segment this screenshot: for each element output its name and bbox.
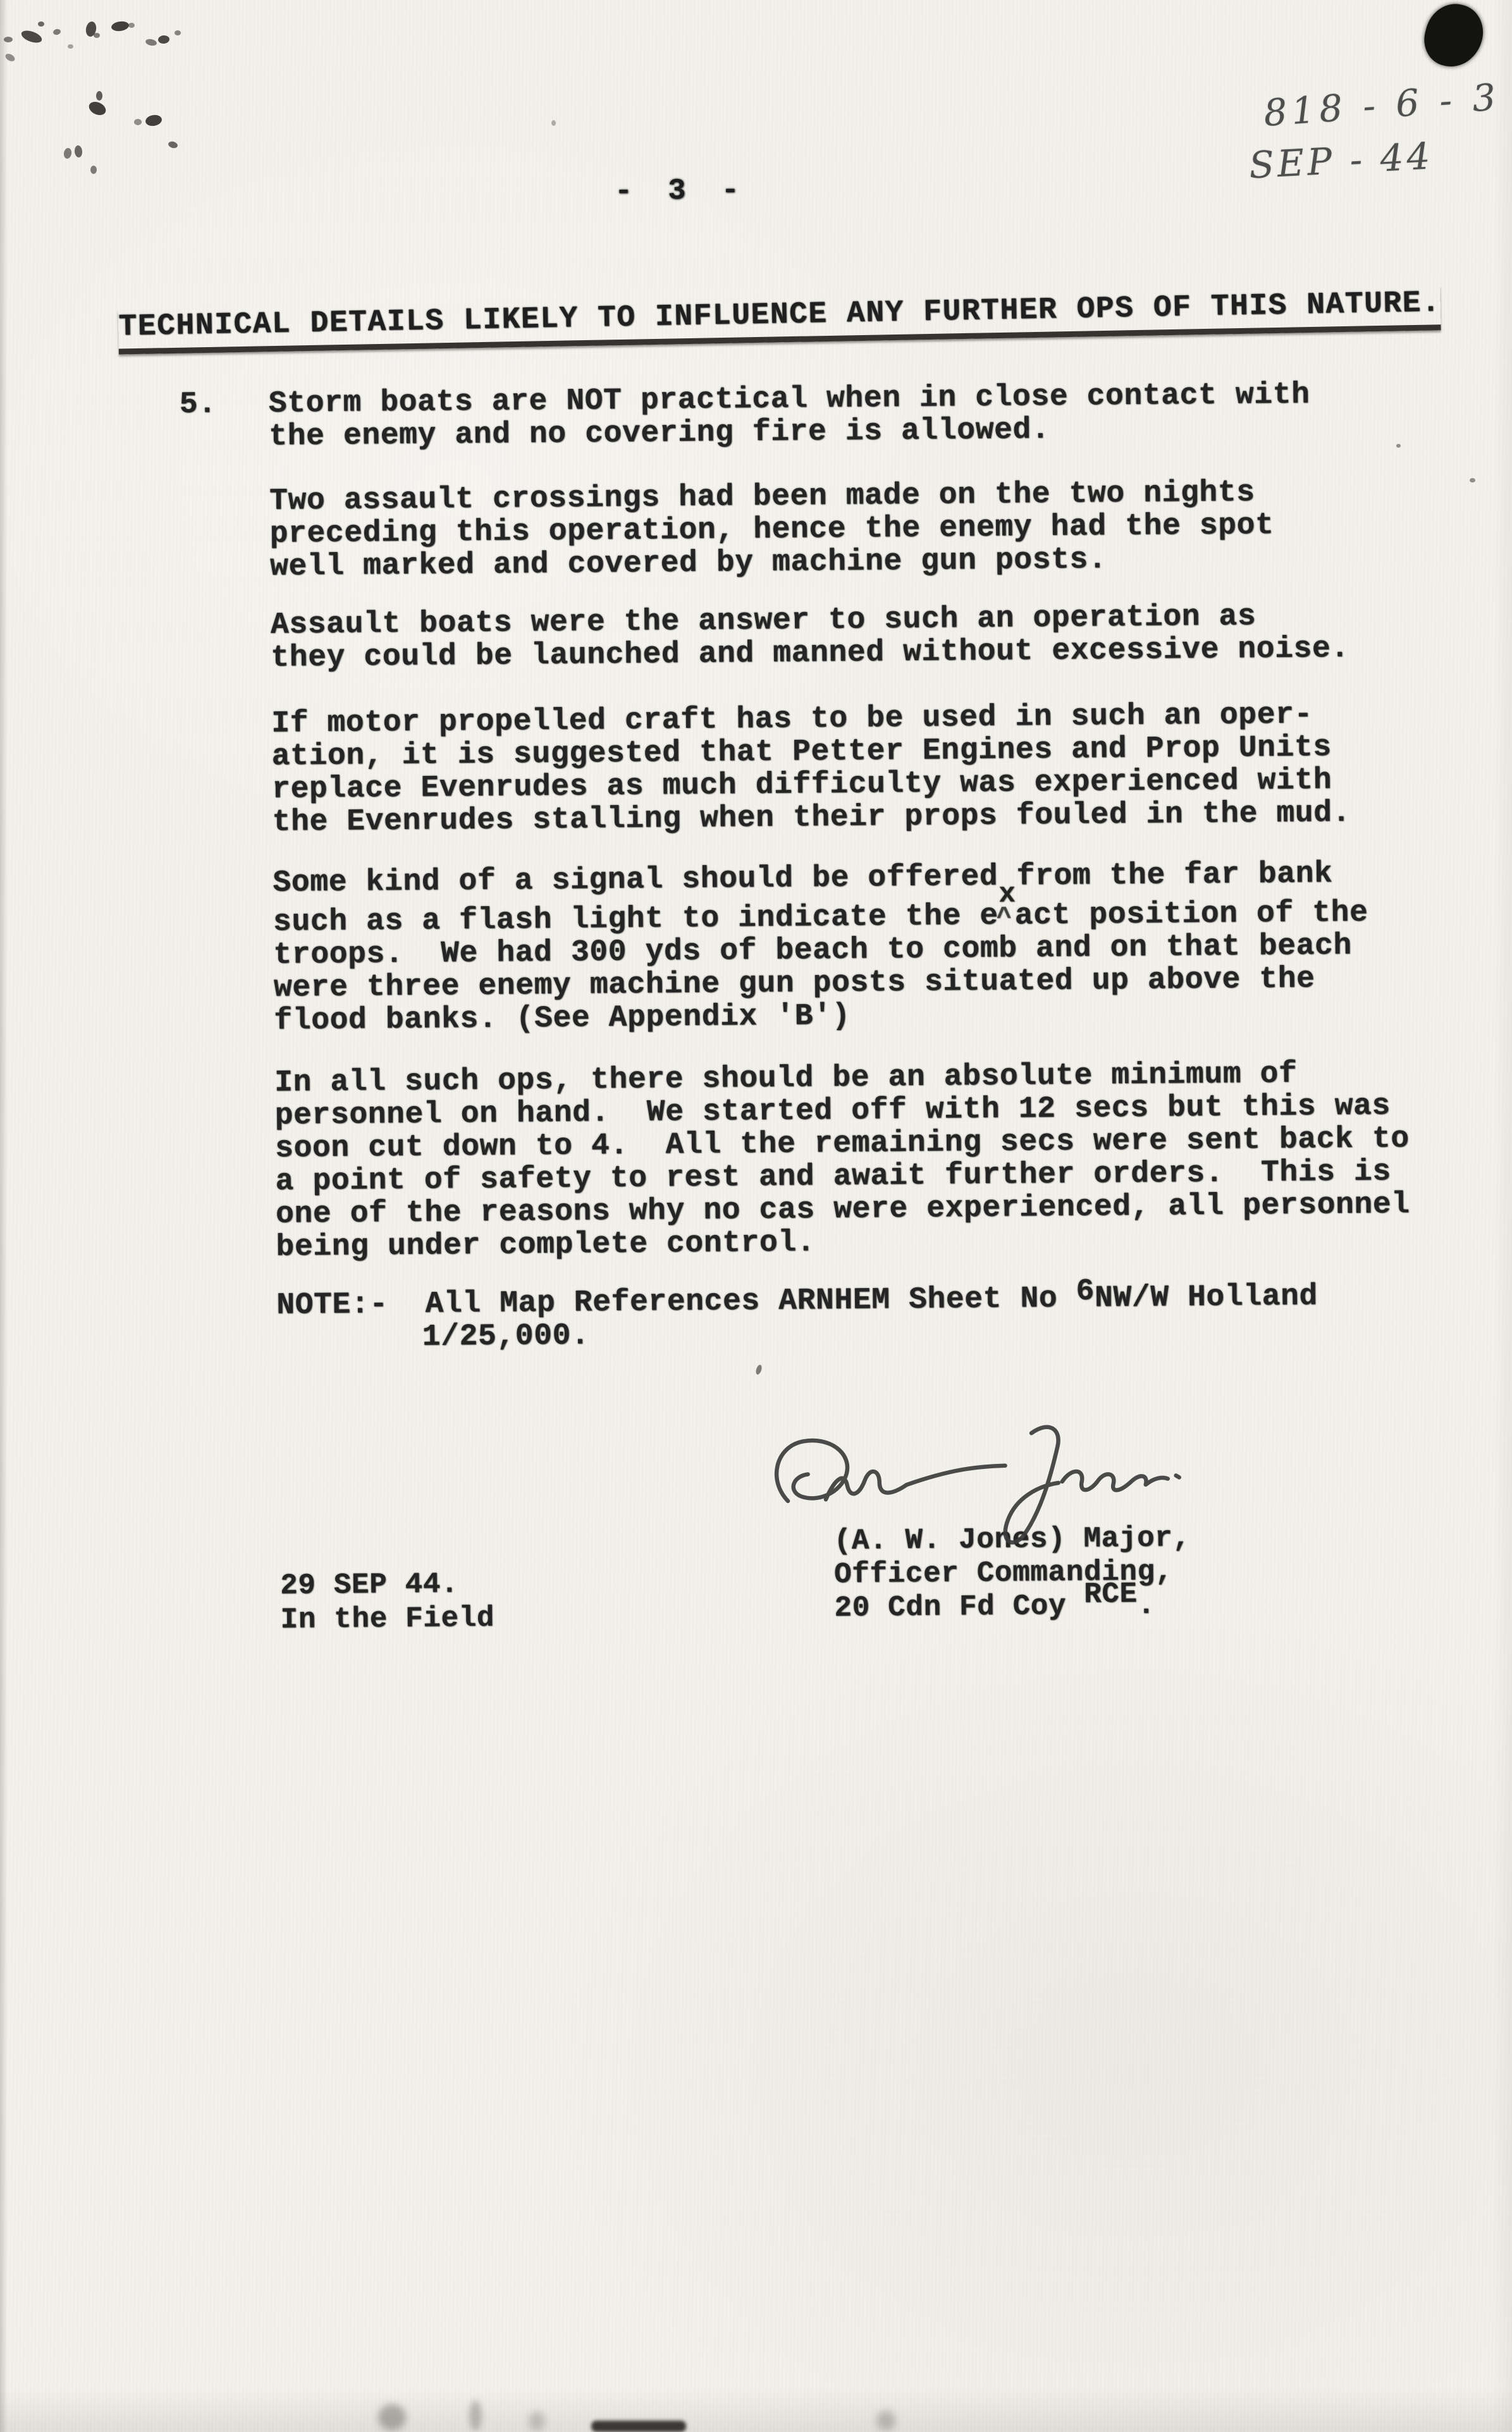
ink-speck — [1396, 444, 1401, 448]
document-page: { "colors": { "paper": "#f2f0ea", "ink":… — [0, 0, 1512, 2432]
ink-speck — [175, 30, 181, 35]
paragraph-5: Some kind of a signal should be offered … — [273, 857, 1369, 1038]
unit-pre: 20 Cdn Fd Coy — [834, 1590, 1084, 1624]
paragraph-6: In all such ops, there should be an abso… — [274, 1057, 1410, 1264]
page-number: - 3 - — [615, 175, 748, 209]
raised-six: 6 — [1076, 1274, 1095, 1308]
note-pre: NOTE:- All Map References ARNHEM Sheet N… — [276, 1282, 1076, 1323]
map-reference-note: NOTE:- All Map References ARNHEM Sheet N… — [276, 1280, 1318, 1354]
scan-smudge — [591, 2421, 686, 2432]
section-heading: TECHNICAL DETAILS LIKELY TO INFLUENCE AN… — [94, 274, 1441, 366]
ink-speck — [94, 33, 100, 38]
signatory-unit: 20 Cdn Fd Coy RCE. — [834, 1588, 1191, 1625]
signature — [763, 1414, 1201, 1563]
paragraph-3: Assault boats were the answer to such an… — [271, 599, 1349, 675]
scan-smudge — [876, 2411, 895, 2431]
paragraph-2: Two assault crossings had been made on t… — [269, 476, 1274, 584]
ink-speck — [96, 91, 102, 101]
scan-smudge — [378, 2404, 406, 2431]
raised-rce: RCE — [1084, 1578, 1138, 1611]
typed-content: - 3 - TECHNICAL DETAILS LIKELY TO INFLUE… — [0, 0, 1512, 2432]
date-line: 29 SEP 44. — [280, 1567, 495, 1603]
paragraph-1: Storm boats are NOT practical when in cl… — [269, 378, 1311, 453]
line-post: act position of the — [1014, 896, 1368, 933]
typed-insertion: x^ — [998, 894, 1014, 924]
ink-speck — [90, 166, 97, 174]
unit-post: . — [1137, 1589, 1155, 1622]
typed-line: 1/25,000. — [422, 1313, 1318, 1353]
place-line: In the Field — [280, 1601, 495, 1637]
ink-speck — [4, 37, 13, 42]
ink-speck — [38, 21, 44, 27]
typed-line: well marked and covered by machine gun p… — [270, 542, 1274, 584]
section-heading-text: TECHNICAL DETAILS LIKELY TO INFLUENCE AN… — [118, 286, 1441, 354]
dateline: 29 SEP 44. In the Field — [280, 1567, 495, 1637]
scan-smudge — [469, 2400, 482, 2431]
caret-mark: ^ — [997, 902, 1012, 935]
ink-speck — [551, 120, 556, 126]
section-number: 5. — [180, 388, 217, 422]
ink-speck — [68, 44, 73, 49]
ink-speck — [128, 23, 135, 28]
note-post: NW/W Holland — [1095, 1279, 1318, 1315]
ink-speck — [1470, 478, 1475, 482]
ink-speck — [134, 119, 142, 125]
scan-smudge — [529, 2412, 545, 2431]
paragraph-4: If motor propelled craft has to be used … — [271, 698, 1351, 839]
